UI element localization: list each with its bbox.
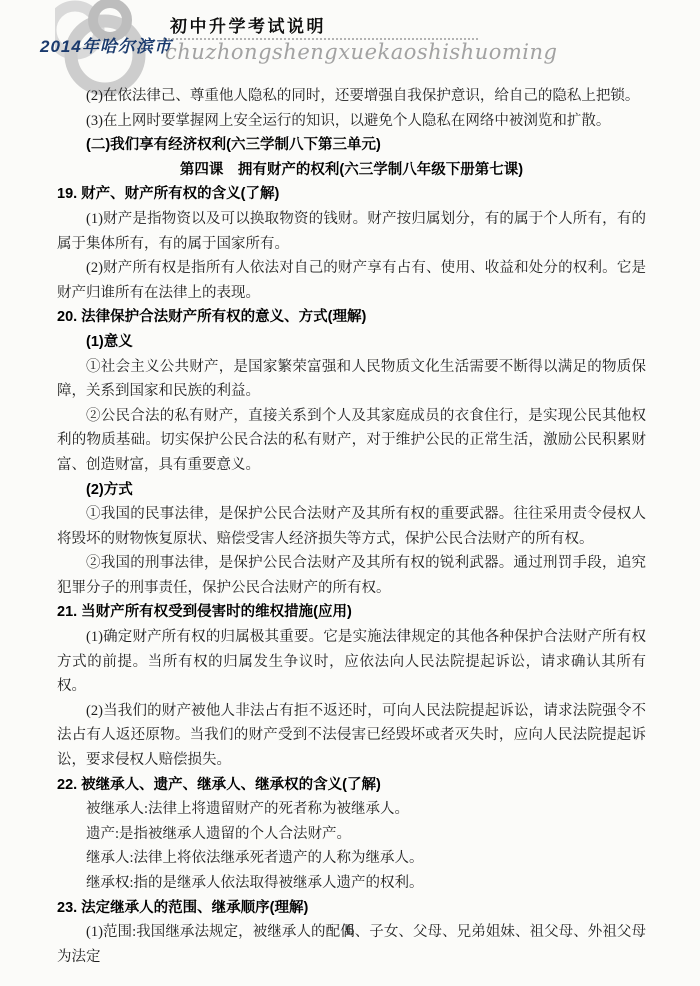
title-pinyin-label: chuzhongshengxuekaoshishuoming <box>165 40 557 64</box>
sub-heading: (2)方式 <box>57 478 646 503</box>
body-paragraph: 继承人:法律上将依法继承死者遗产的人称为继承人。 <box>57 846 646 871</box>
edition-year-city-label: 2014年哈尔滨市 <box>40 32 172 57</box>
body-paragraph: ②我国的刑事法律，是保护公民合法财产及其所有权的锐利武器。通过刑罚手段，追究犯罪… <box>57 551 646 600</box>
section-heading: (二)我们享有经济权利(六三学制八下第三单元) <box>57 133 646 158</box>
document-body: (2)在依法律己、尊重他人隐私的同时，还要增强自我保护意识，给自己的隐私上把锁。… <box>57 84 646 969</box>
body-paragraph: (3)在上网时要掌握网上安全运行的知识，以避免个人隐私在网络中被浏览和扩散。 <box>57 109 646 134</box>
body-paragraph: (1)财产是指物资以及可以换取物资的钱财。财产按归属划分，有的属于个人所有，有的… <box>57 207 646 256</box>
section-heading: 19. 财产、财产所有权的含义(了解) <box>57 182 646 207</box>
body-paragraph: (1)确定财产所有权的归属极其重要。它是实施法律规定的其他各种保护合法财产所有权… <box>57 625 646 699</box>
body-paragraph: (2)财产所有权是指所有人依法对自己的财产享有占有、使用、收益和处分的权利。它是… <box>57 256 646 305</box>
body-paragraph: ①社会主义公共财产，是国家繁荣富强和人民物质文化生活需要不断得以满足的物质保障，… <box>57 355 646 404</box>
section-heading: 21. 当财产所有权受到侵害时的维权措施(应用) <box>57 600 646 625</box>
page-title: 初中升学考试说明 <box>170 12 326 37</box>
document-page: 2014年哈尔滨市 初中升学考试说明 chuzhongshengxuekaosh… <box>0 0 700 986</box>
body-paragraph: 遗产:是指被继承人遗留的个人合法财产。 <box>57 822 646 847</box>
page-footer: 6 <box>0 920 700 940</box>
section-heading: 23. 法定继承人的范围、继承顺序(理解) <box>57 896 646 921</box>
body-paragraph: 继承权:指的是继承人依法取得被继承人遗产的权利。 <box>57 871 646 896</box>
body-paragraph: (2)当我们的财产被他人非法占有拒不返还时，可向人民法院提起诉讼，请求法院强令不… <box>57 699 646 773</box>
course-title: 第四课 拥有财产的权利(六三学制八年级下册第七课) <box>57 158 646 183</box>
page-header: 2014年哈尔滨市 初中升学考试说明 chuzhongshengxuekaosh… <box>0 0 700 82</box>
page-number: 6 <box>346 920 355 939</box>
body-paragraph: (2)在依法律己、尊重他人隐私的同时，还要增强自我保护意识，给自己的隐私上把锁。 <box>57 84 646 109</box>
sub-heading: (1)意义 <box>57 330 646 355</box>
section-heading: 20. 法律保护合法财产所有权的意义、方式(理解) <box>57 305 646 330</box>
body-paragraph: ①我国的民事法律，是保护公民合法财产及其所有权的重要武器。往往采用责令侵权人将毁… <box>57 502 646 551</box>
section-heading: 22. 被继承人、遗产、继承人、继承权的含义(了解) <box>57 773 646 798</box>
body-paragraph: ②公民合法的私有财产，直接关系到个人及其家庭成员的衣食住行，是实现公民其他权利的… <box>57 404 646 478</box>
body-paragraph: 被继承人:法律上将遗留财产的死者称为被继承人。 <box>57 797 646 822</box>
